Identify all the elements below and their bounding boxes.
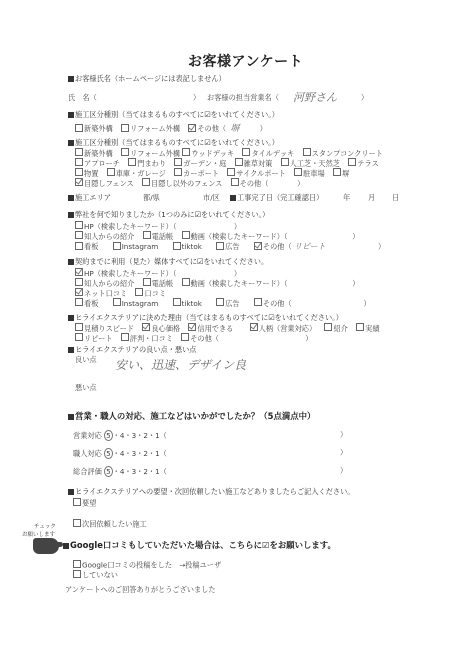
work-type-2-row: アプローチ 門まわり ガーデン・庭 雑草対策 人工芝・天然芝 テラス bbox=[75, 158, 385, 169]
checkbox[interactable]: 紹介 bbox=[324, 324, 347, 333]
city-label: 市/区 bbox=[203, 193, 220, 203]
how-known-row: 知人からの紹介 電話帳 動画（検索したキーワード）（ ） bbox=[75, 231, 365, 242]
checkbox[interactable]: HP（検索したキーワード）（ ） bbox=[75, 222, 241, 231]
checkbox[interactable]: 動画（検索したキーワード）（ ） bbox=[182, 232, 360, 241]
reasons-row: リピート 評判・口コミ その他（ ） bbox=[75, 333, 318, 344]
rating-row-craftsman: 職人対応 5・4・3・2・1（ bbox=[73, 448, 167, 459]
checkbox-personality[interactable]: 人柄（営業対応） bbox=[250, 324, 317, 333]
checkbox[interactable]: 電話帳 bbox=[143, 279, 174, 288]
rating-row-overall: 総合評価 5・4・3・2・1（ bbox=[73, 466, 167, 477]
how-known-row: HP（検索したキーワード）（ ） bbox=[75, 221, 241, 232]
paren-close: ） bbox=[340, 448, 347, 458]
work-type-2-row: 新築外構 リフォーム外構 ウッドデッキ タイルデッキ スタンプコンクリート bbox=[75, 148, 389, 159]
area-heading: 施工エリア bbox=[68, 193, 111, 203]
checkbox[interactable]: リフォーム外構 bbox=[121, 149, 180, 158]
checkbox[interactable]: 広告 bbox=[216, 242, 239, 251]
requests-heading: ヒライエクステリアへの要望・次回依頼したい施工などありましたらご記入ください。 bbox=[68, 487, 354, 497]
checkbox-google-not[interactable]: していない bbox=[73, 570, 118, 581]
work-type-1-options: 新築外構 リフォーム外構 その他（ 塀 ） bbox=[75, 121, 267, 134]
checkbox[interactable]: 看板 bbox=[75, 299, 98, 308]
paren-close: ） bbox=[340, 466, 347, 476]
pointing-hand-icon bbox=[33, 538, 59, 554]
completion-date-label: 工事完了日（完工確認日） bbox=[230, 193, 323, 203]
other-value[interactable]: 塀 bbox=[230, 124, 239, 134]
checkbox[interactable]: 看板 bbox=[75, 242, 98, 251]
checkbox[interactable]: その他（ ） bbox=[181, 334, 312, 343]
checkbox[interactable]: ガーデン・庭 bbox=[174, 159, 226, 168]
other-value[interactable]: リピート bbox=[294, 242, 326, 251]
checkbox[interactable]: 雑草対策 bbox=[235, 159, 273, 168]
prefecture-label: 都/県 bbox=[143, 193, 160, 203]
good-points-label: 良い点 bbox=[75, 355, 97, 365]
checkbox[interactable]: テラス bbox=[348, 159, 378, 168]
square-bullet-icon bbox=[68, 315, 74, 321]
checkbox[interactable]: 塀 bbox=[333, 169, 349, 178]
rating-heading: 営業・職人の対応、施工などはいかがでしたか？（5点満点中） bbox=[68, 410, 315, 422]
square-bullet-icon bbox=[68, 489, 74, 495]
checkbox-other[interactable]: その他（ bbox=[254, 242, 292, 251]
checkbox-fair-price[interactable]: 良心価格 bbox=[142, 324, 180, 333]
checkbox-other[interactable]: その他（ bbox=[188, 124, 226, 133]
paren-close: ） bbox=[193, 93, 200, 103]
checkbox[interactable]: 電話帳 bbox=[143, 232, 174, 241]
good-bad-heading: ヒライエクステリアの良い点・悪い点 bbox=[68, 345, 196, 355]
media-row: 知人からの紹介 電話帳 動画（検索したキーワード）（ ） bbox=[75, 278, 365, 289]
reasons-row: 見積りスピード 良心価格 信用できる 人柄（営業対応） 紹介 実績 bbox=[75, 323, 386, 334]
checkbox-next-work[interactable]: 次回依頼したい施工 bbox=[73, 519, 147, 530]
good-points-field[interactable]: 安い、迅速、デザイン良 bbox=[115, 356, 246, 373]
day-label: 日 bbox=[392, 193, 399, 203]
checkbox[interactable]: 評判・口コミ bbox=[121, 334, 173, 343]
work-type-2-heading: 施工区分種別（当てはまるものすべてに☑をいれてください。） bbox=[68, 138, 279, 148]
rating-row-sales: 営業対応 5・4・3・2・1（ bbox=[73, 430, 167, 441]
google-heading: Google口コミもしていただいた場合は、こちらに☑をお願いします。 bbox=[63, 539, 336, 551]
checkbox-trustworthy[interactable]: 信用できる bbox=[188, 324, 233, 333]
square-bullet-icon bbox=[230, 195, 236, 201]
how-known-heading: 弊社を何で知りましたか（1つのみに☑をいれてください。） bbox=[68, 210, 269, 220]
checkbox[interactable]: 門まわり bbox=[128, 159, 166, 168]
customer-section-heading: お客様氏名（ホームページには表記しません） bbox=[68, 74, 226, 84]
checkbox-request[interactable]: 要望 bbox=[73, 498, 96, 509]
checkbox-net-review[interactable]: ネット口コミ bbox=[75, 289, 127, 298]
checkbox[interactable]: スタンプコンクリート bbox=[303, 149, 383, 158]
checkbox[interactable]: その他（ ） bbox=[231, 179, 305, 188]
how-known-row: 看板 Instagram tiktok 広告 その他（ リピート ） bbox=[75, 241, 385, 252]
checkbox[interactable]: 実績 bbox=[356, 324, 379, 333]
checkbox[interactable]: 駐車場 bbox=[294, 169, 325, 178]
callout-line1: チェック bbox=[34, 522, 56, 530]
month-label: 月 bbox=[368, 193, 375, 203]
work-type-2-row: 物置 車庫・ガレージ カーポート サイクルポート 駐車場 塀 bbox=[75, 168, 355, 179]
work-type-2-row: 目隠しフェンス 目隠し以外のフェンス その他（ ） bbox=[75, 178, 310, 189]
year-label: 年 bbox=[343, 193, 350, 203]
checkbox[interactable]: 知人からの紹介 bbox=[75, 279, 134, 288]
checkbox[interactable]: 人工芝・天然芝 bbox=[281, 159, 340, 168]
checkbox[interactable]: 動画（検索したキーワード）（ ） bbox=[182, 279, 360, 288]
rep-label: お客様の担当営業名（ bbox=[207, 93, 279, 103]
square-bullet-icon bbox=[68, 76, 74, 82]
reasons-heading: ヒライエクステリアに決めた理由（当てはまるものすべてに☑をいれてください。） bbox=[68, 313, 343, 323]
checkbox[interactable]: ウッドデッキ bbox=[182, 149, 234, 158]
checkbox[interactable]: tiktok bbox=[173, 299, 202, 308]
checkbox-hp[interactable]: HP（検索したキーワード）（ ） bbox=[75, 269, 241, 278]
square-bullet-icon bbox=[68, 414, 74, 420]
paren-close: ） bbox=[340, 430, 347, 440]
paren-close: ） bbox=[361, 93, 368, 103]
square-bullet-icon bbox=[68, 140, 74, 146]
media-row: 看板 Instagram tiktok 広告 その他（ ） bbox=[75, 298, 377, 309]
checkbox[interactable]: Instagram bbox=[113, 299, 159, 308]
rating-selected[interactable]: 5 bbox=[104, 466, 113, 477]
media-heading: 契約までに利用（見た）媒体すべてに☑をいれてください。 bbox=[68, 257, 268, 267]
checkbox[interactable]: Instagram bbox=[113, 242, 159, 251]
checkbox-reform[interactable]: リフォーム外構 bbox=[121, 124, 180, 133]
bad-points-label: 悪い点 bbox=[75, 383, 97, 393]
checkbox-screen-fence[interactable]: 目隠しフェンス bbox=[75, 179, 134, 188]
checkbox[interactable]: リピート bbox=[75, 334, 112, 343]
work-type-1-heading: 施工区分種別（当てはまるものすべてに☑をいれてください。） bbox=[68, 110, 279, 120]
rating-selected[interactable]: 5 bbox=[104, 448, 113, 459]
checkbox[interactable]: 見積りスピード bbox=[75, 324, 134, 333]
checkbox[interactable]: 口コミ bbox=[135, 289, 166, 298]
media-row: HP（検索したキーワード）（ ） bbox=[75, 268, 241, 279]
checkbox-new-build[interactable]: 新築外構 bbox=[75, 124, 113, 133]
checkbox[interactable]: 新築外構 bbox=[75, 149, 113, 158]
checkbox[interactable]: タイルデッキ bbox=[242, 149, 294, 158]
page-title: お客様アンケート bbox=[188, 51, 303, 71]
checkbox[interactable]: 広告 bbox=[216, 299, 239, 308]
square-bullet-icon bbox=[68, 259, 74, 265]
checkbox-google-posted[interactable]: Google口コミの投稿をした →投稿ユーザ bbox=[73, 560, 221, 571]
callout-line2: お願いします bbox=[22, 530, 55, 538]
square-bullet-icon bbox=[68, 112, 74, 118]
rep-name-field[interactable]: 河野さん bbox=[293, 89, 337, 105]
customer-name-label: 氏 名（ bbox=[68, 93, 97, 103]
square-bullet-icon bbox=[68, 212, 74, 218]
thanks-message: アンケートへのご回答ありがとうございました bbox=[65, 585, 216, 595]
checkbox[interactable]: カーポート bbox=[174, 169, 219, 178]
checkbox[interactable]: 車庫・ガレージ bbox=[107, 169, 166, 178]
square-bullet-icon bbox=[68, 347, 74, 353]
square-bullet-icon bbox=[63, 543, 69, 549]
rating-selected[interactable]: 5 bbox=[104, 430, 113, 441]
checkbox[interactable]: 知人からの紹介 bbox=[75, 232, 134, 241]
square-bullet-icon bbox=[68, 195, 74, 201]
media-row: ネット口コミ 口コミ bbox=[75, 288, 172, 299]
checkbox[interactable]: サイクルポート bbox=[227, 169, 285, 178]
checkbox[interactable]: アプローチ bbox=[75, 159, 120, 168]
checkbox[interactable]: 目隠し以外のフェンス bbox=[142, 179, 222, 188]
checkbox[interactable]: tiktok bbox=[173, 242, 202, 251]
checkbox[interactable]: その他（ ） bbox=[254, 299, 371, 308]
